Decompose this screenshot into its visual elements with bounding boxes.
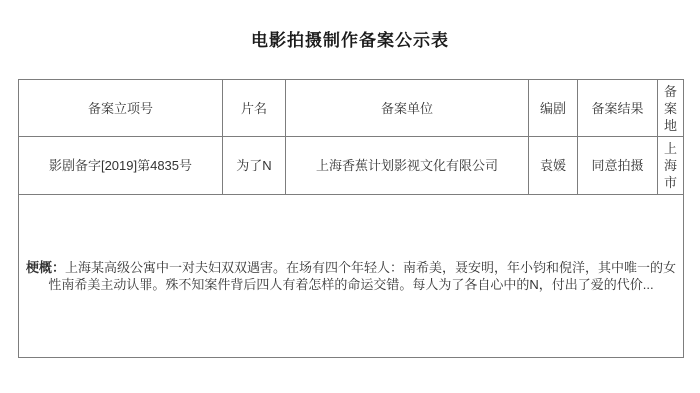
- cell-film-title: 为了N: [223, 137, 286, 195]
- cell-filing-unit: 上海香蕉计划影视文化有限公司: [286, 137, 529, 195]
- header-filing-location: 备案地: [658, 80, 684, 137]
- table-header-row: 备案立项号 片名 备案单位 编剧 备案结果 备案地: [19, 80, 684, 137]
- cell-filing-result: 同意拍摄: [578, 137, 658, 195]
- cell-screenwriter: 袁媛: [529, 137, 578, 195]
- filing-table: 备案立项号 片名 备案单位 编剧 备案结果 备案地 影剧备字[2019]第483…: [18, 79, 684, 358]
- header-film-title: 片名: [223, 80, 286, 137]
- cell-synopsis: 梗概：上海某高级公寓中一对夫妇双双遇害。在场有四个年轻人：南希美，聂安明，年小钧…: [19, 195, 684, 358]
- table-data-row: 影剧备字[2019]第4835号 为了N 上海香蕉计划影视文化有限公司 袁媛 同…: [19, 137, 684, 195]
- cell-filing-number: 影剧备字[2019]第4835号: [19, 137, 223, 195]
- header-filing-result: 备案结果: [578, 80, 658, 137]
- page-title: 电影拍摄制作备案公示表: [0, 26, 700, 51]
- header-filing-unit: 备案单位: [286, 80, 529, 137]
- synopsis-label: 梗概：: [26, 260, 65, 275]
- cell-filing-location: 上海市: [658, 137, 684, 195]
- header-screenwriter: 编剧: [529, 80, 578, 137]
- header-filing-number: 备案立项号: [19, 80, 223, 137]
- table-synopsis-row: 梗概：上海某高级公寓中一对夫妇双双遇害。在场有四个年轻人：南希美，聂安明，年小钧…: [19, 195, 684, 358]
- synopsis-text: 上海某高级公寓中一对夫妇双双遇害。在场有四个年轻人：南希美，聂安明，年小钧和倪洋…: [48, 260, 676, 292]
